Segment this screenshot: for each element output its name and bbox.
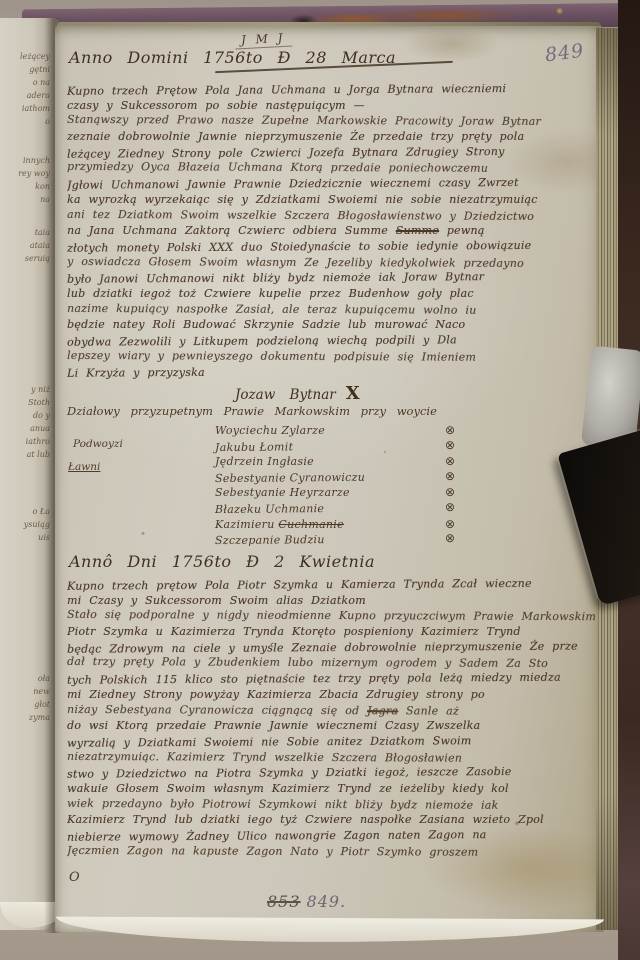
witness-name: Jędrzein Ingłasie bbox=[215, 454, 314, 470]
witness-name: Woyciechu Zylarze bbox=[215, 423, 325, 439]
bottom-number-struck: 853 bbox=[267, 892, 301, 911]
handwriting-line: czasy y Sukcessorom po sobie następuiący… bbox=[67, 98, 603, 114]
handwriting-line: do wsi Ktorą przedaie Prawnie Jawnie wie… bbox=[67, 718, 603, 734]
witness-name: Błazeku Uchmanie bbox=[215, 501, 324, 518]
handwriting-line: Stało się podporalne y nigdy nieodmienne… bbox=[67, 607, 603, 625]
witness-name: Kazimieru Cuchmanie bbox=[215, 517, 344, 533]
witness-row: Jędrzein Ingłasie⊗ bbox=[215, 454, 455, 470]
witness-row: Błazeku Uchmanie⊗ bbox=[215, 500, 455, 518]
entry2-body: Kupno trzech prętow Pola Piotr Szymka u … bbox=[67, 577, 603, 859]
witness-list: Woyciechu Zylarze⊗Jakubu Łomit⊗Jędrzein … bbox=[215, 423, 455, 548]
witness-mark: ⊗ bbox=[445, 485, 455, 501]
page-content: 849 J M J Anno Domini 1756to Đ 28 Marca … bbox=[67, 34, 603, 924]
witness-name: Szczepanie Budziu bbox=[215, 532, 325, 549]
page-bottom-edge bbox=[56, 917, 604, 944]
handwriting-line: mi Ziedney Strony powyżay Kazimierza Zba… bbox=[67, 687, 603, 703]
handwriting-line: Kupno trzech Prętow Pola Jana Uchmana u … bbox=[67, 80, 603, 99]
handwriting-line: ani tez Dziatkom Swoim wszelkie Szczera … bbox=[67, 206, 603, 224]
handwriting-line: niżay Sebestyana Cyranowicza ciągnącą si… bbox=[67, 701, 603, 719]
witness-name: Sebestyanie Heyrzarze bbox=[215, 485, 350, 501]
handwriting-line: Kazimierz Trynd lub dziatki iego tyż Czw… bbox=[67, 812, 603, 828]
handwriting-line: było Janowi Uchmanowi nikt bliży bydz ni… bbox=[67, 269, 603, 288]
witness-row: Woyciechu Zylarze⊗ bbox=[215, 423, 455, 439]
bottom-page-numbers: 853849. bbox=[267, 892, 346, 911]
entry1-body: Kupno trzech Prętow Pola Jana Uchmana u … bbox=[67, 82, 603, 380]
entry2-heading: Annô Dni 1756to Đ 2 Kwietnia bbox=[69, 552, 375, 571]
handwriting-line: Li Krzyża y przyzyska bbox=[67, 363, 603, 382]
handwriting-line: lub dziatki iegoż toż Czwiere kupelie pr… bbox=[67, 286, 603, 302]
handwriting-line: wiek przedayno było Piotrowi Szymkowi ni… bbox=[67, 795, 603, 813]
handwriting-line: na Jana Uchmana Zaktorą Czwierc odbiera … bbox=[67, 223, 603, 239]
signature-line: Jozaw BytnarX bbox=[235, 383, 360, 404]
witness-mark: ⊗ bbox=[445, 423, 455, 439]
handwriting-line: ka wyrozką wyrzekaiąc się y Zdziatkami S… bbox=[67, 192, 603, 208]
signature-x-mark: X bbox=[346, 383, 360, 404]
witness-row: Sebestyanie Heyrzarze⊗ bbox=[215, 485, 455, 501]
page-number-pencil: 849 bbox=[544, 40, 586, 67]
entry1-heading: Anno Domini 1756to Đ 28 Marca bbox=[69, 48, 396, 67]
handwriting-line: Jgłowi Uchmanowi Jawnie Prawnie Dziedzic… bbox=[67, 174, 603, 193]
handwriting-line: będzie natey Roli Budować Skrzynie Sadzi… bbox=[67, 317, 603, 333]
witness-row: Kazimieru Cuchmanie⊗ bbox=[215, 517, 455, 533]
witness-row: Jakubu Łomit⊗ bbox=[215, 438, 455, 456]
witness-mark: ⊗ bbox=[445, 531, 455, 547]
handwriting-line: zeznaie dobrowolnie Jawnie nieprzymuszen… bbox=[67, 129, 603, 145]
witness-heading: Działowy przyzupetnym Prawie Markowskim … bbox=[67, 404, 437, 418]
witness-mark: ⊗ bbox=[445, 454, 455, 470]
bottom-number-current: 849. bbox=[307, 892, 347, 911]
handwriting-line: Jęczmien Zagon na kapuste Zagon Nato y P… bbox=[67, 843, 603, 861]
handwriting-line: tych Polskich 115 klico sto piętnaście t… bbox=[67, 669, 603, 688]
handwriting-line: nazime kupuiący naspołke Zasiał, ale ter… bbox=[67, 300, 603, 318]
monogram-jmj: J M J bbox=[235, 31, 292, 50]
signature-name: Jozaw Bytnar bbox=[235, 387, 336, 403]
handwriting-line: mi Czasy y Sukcessorom Swoim alias Dziat… bbox=[67, 593, 603, 609]
entry2-end-flourish: O bbox=[69, 870, 80, 885]
handwriting-line: Kupno trzech prętow Pola Piotr Szymka u … bbox=[67, 575, 603, 594]
witness-row: Szczepanie Budziu⊗ bbox=[215, 531, 455, 549]
handwriting-line: Stanąwszy przed Prawo nasze Zupełne Mark… bbox=[67, 112, 603, 130]
witness-role-label: Ławni bbox=[68, 461, 100, 473]
witness-role-label: Podwoyzi bbox=[73, 438, 123, 450]
witness-mark: ⊗ bbox=[445, 438, 455, 454]
handwriting-line: wakuie Głosem Swoim własnym Kazimierz Tr… bbox=[67, 781, 603, 797]
witness-name: Sebestyanie Cyranowiczu bbox=[215, 470, 365, 487]
witness-name: Jakubu Łomit bbox=[215, 439, 293, 455]
witness-mark: ⊗ bbox=[445, 517, 455, 533]
witness-mark: ⊗ bbox=[445, 469, 455, 485]
handwriting-line: stwo y Dziedzictwo na Piotra Szymka y Dz… bbox=[67, 764, 603, 783]
handwriting-line: Piotr Szymka u Kazimierza Trynda Ktoręto… bbox=[67, 624, 603, 640]
manuscript-photo: leżąceygętnio naaderaiathomoinnychrey wo… bbox=[0, 0, 640, 960]
witness-row: Sebestyanie Cyranowiczu⊗ bbox=[215, 469, 455, 487]
witness-mark: ⊗ bbox=[445, 500, 455, 516]
